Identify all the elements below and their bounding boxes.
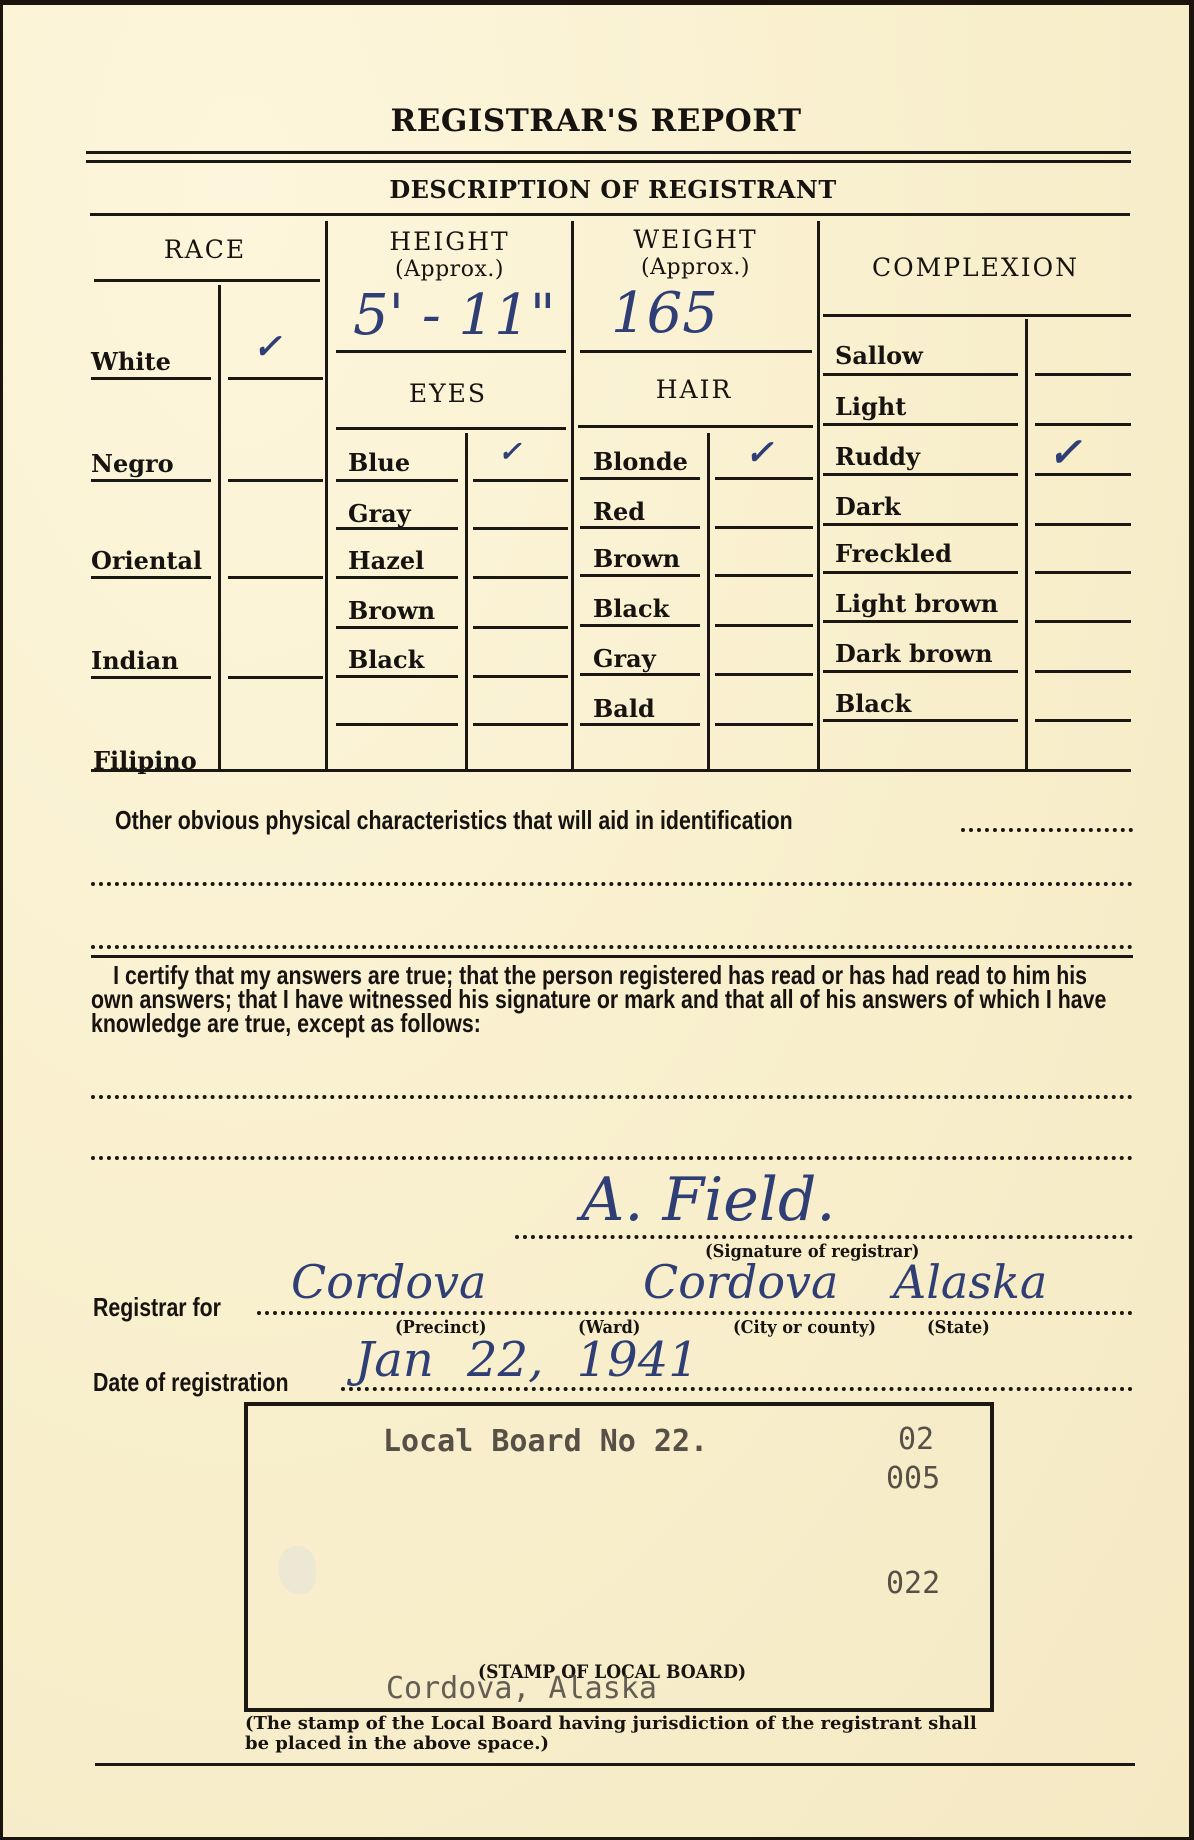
race-label-filipino: Filipino [93, 746, 197, 775]
complexion-checkbox-light [1035, 423, 1131, 426]
weight-header-label: WEIGHT [574, 227, 817, 253]
complexion-label-light: Light [835, 392, 906, 421]
stamp-local-board-number: Local Board No 22. [383, 1424, 708, 1459]
eyes-label-black: Black [348, 645, 424, 674]
eyes-header-rule [336, 427, 566, 430]
hair-rule [580, 723, 700, 726]
state-caption: (State) [927, 1317, 990, 1338]
hair-label-gray: Gray [593, 644, 656, 673]
weight-value-rule [580, 350, 812, 353]
complexion-checkbox-freckled [1035, 571, 1131, 574]
hair-check-rule [715, 477, 813, 480]
date-of-registration-value[interactable]: Jan 22, 1941 [355, 1332, 699, 1388]
complexion-rule [823, 373, 1018, 376]
complexion-rule [823, 473, 1018, 476]
weight-approx-label: (Approx.) [641, 255, 750, 280]
hair-label-blonde: Blonde [593, 447, 688, 476]
hair-rule [580, 673, 700, 676]
height-value-rule [336, 350, 566, 353]
race-rule [91, 676, 211, 679]
section-divider [90, 213, 1130, 216]
eyes-check-rule [473, 479, 568, 482]
stamp-code-3: 022 [886, 1566, 940, 1601]
hair-checkbox-blonde[interactable]: ✓ [745, 433, 774, 473]
complexion-label-dark-brown: Dark brown [835, 639, 993, 668]
height-value[interactable]: 5' - 11" [353, 283, 556, 348]
eyes-check-divider [465, 433, 468, 769]
eyes-checkbox-black [473, 675, 568, 678]
registrars-report-card: REGISTRAR'S REPORT DESCRIPTION OF REGIST… [3, 5, 1189, 1837]
complexion-checkbox-sallow [1035, 373, 1131, 376]
registrar-for-label: Registrar for [93, 1292, 221, 1323]
hair-label-black: Black [593, 594, 669, 623]
hair-rule [580, 574, 700, 577]
complexion-checkbox-dark-brown [1035, 670, 1131, 673]
race-rule [91, 479, 211, 482]
title-divider-top [86, 151, 1131, 154]
stamp-code-1: 02 [898, 1422, 934, 1457]
hair-check-divider [707, 433, 710, 769]
eyes-checkbox-hazel [473, 576, 568, 579]
hair-checkbox-brown [715, 574, 813, 577]
hair-checkbox-gray [715, 673, 813, 676]
hair-checkbox-red [715, 526, 813, 529]
eyes-rule [336, 527, 458, 530]
eyes-rule [336, 479, 458, 482]
signature-field[interactable] [515, 1235, 1133, 1239]
eyes-checkbox-gray [473, 527, 568, 530]
col-divider-height [571, 221, 574, 769]
race-label-white: White [91, 347, 171, 376]
complexion-rule [823, 523, 1018, 526]
other-characteristics-field-line1[interactable] [961, 828, 1133, 832]
complexion-label-freckled: Freckled [835, 539, 952, 568]
race-checkbox-white[interactable]: ✓ [253, 327, 282, 367]
other-characteristics-field-line2[interactable] [91, 882, 1133, 886]
complexion-rule [823, 719, 1018, 722]
complexion-rule [823, 423, 1018, 426]
section-title: DESCRIPTION OF REGISTRANT [3, 175, 1194, 204]
stamp-location: Cordova, Alaska [386, 1671, 657, 1706]
complexion-check-divider [1025, 319, 1028, 769]
col-divider-race [325, 221, 328, 769]
complexion-label-ruddy: Ruddy [835, 442, 920, 471]
complexion-checkbox-black [1035, 719, 1131, 722]
hair-rule [580, 477, 700, 480]
state-value[interactable]: Alaska [893, 1255, 1047, 1309]
certification-divider [91, 955, 1133, 958]
complexion-label-light-brown: Light brown [835, 589, 998, 618]
hair-checkbox-black [715, 624, 813, 627]
eyes-rule [336, 626, 458, 629]
race-check-divider [218, 285, 221, 769]
precinct-value[interactable]: Cordova [291, 1255, 486, 1309]
height-approx-label: (Approx.) [395, 257, 504, 282]
registrar-for-field[interactable] [257, 1311, 1133, 1315]
bottom-rule [95, 1763, 1135, 1766]
complexion-checkbox-light-brown [1035, 620, 1131, 623]
complexion-label-black: Black [835, 689, 911, 718]
height-header-label: HEIGHT [328, 229, 571, 255]
page-title: REGISTRAR'S REPORT [3, 103, 1189, 139]
race-checkbox-oriental [228, 576, 323, 579]
hair-checkbox-bald [715, 723, 813, 726]
race-rule [91, 377, 211, 380]
other-characteristics-label: Other obvious physical characteristics t… [115, 805, 793, 836]
eyes-label-gray: Gray [348, 499, 411, 528]
complexion-check-rule [1035, 473, 1131, 476]
city-or-county-value[interactable]: Cordova [643, 1255, 838, 1309]
race-check-rule [228, 377, 323, 380]
hair-header: HAIR [574, 377, 814, 403]
exceptions-field-line2[interactable] [91, 1156, 1133, 1160]
height-header: HEIGHT (Approx.) [328, 229, 571, 283]
race-label-negro: Negro [91, 449, 174, 478]
complexion-checkbox-ruddy[interactable]: ✓ [1048, 429, 1082, 476]
race-header: RACE [90, 237, 320, 263]
table-bottom-rule [91, 769, 1131, 772]
eyes-header: EYES [328, 381, 568, 407]
race-checkbox-negro [228, 479, 323, 482]
complexion-header: COMPLEXION [820, 255, 1131, 281]
complexion-label-dark: Dark [835, 492, 901, 521]
eyes-rule [336, 675, 458, 678]
race-checkbox-indian [228, 676, 323, 679]
hair-header-rule [578, 425, 813, 428]
hair-rule [580, 526, 700, 529]
weight-value[interactable]: 165 [611, 281, 718, 346]
race-header-rule [94, 279, 320, 282]
leaf-smudge-icon [278, 1546, 316, 1594]
eyes-label-hazel: Hazel [348, 546, 424, 575]
complexion-rule [823, 571, 1018, 574]
eyes-rule [336, 576, 458, 579]
complexion-label-sallow: Sallow [835, 341, 923, 370]
city-or-county-caption: (City or county) [733, 1317, 876, 1338]
local-board-stamp-box: Local Board No 22. 02 005 022 (STAMP OF … [244, 1402, 994, 1712]
eyes-rule [336, 723, 458, 726]
hair-label-brown: Brown [593, 544, 680, 573]
stamp-code-2: 005 [886, 1461, 940, 1496]
eyes-checkbox-blue[interactable]: ✓ [498, 435, 521, 468]
registrar-signature[interactable]: A. Field. [581, 1165, 835, 1235]
exceptions-field-line1[interactable] [91, 1095, 1133, 1099]
col-divider-weight [817, 221, 820, 769]
complexion-rule [823, 620, 1018, 623]
stamp-instruction-note: (The stamp of the Local Board having jur… [245, 1714, 1005, 1754]
other-characteristics-field-line3[interactable] [91, 945, 1133, 949]
hair-rule [580, 624, 700, 627]
eyes-label-blue: Blue [348, 448, 410, 477]
eyes-label-brown: Brown [348, 596, 435, 625]
certification-text: I certify that my answers are true; that… [91, 963, 1132, 1035]
race-rule [91, 576, 211, 579]
complexion-rule [823, 670, 1018, 673]
date-of-registration-label: Date of registration [93, 1367, 288, 1398]
race-label-indian: Indian [91, 646, 179, 675]
title-divider-bottom [86, 160, 1131, 163]
eyes-check-rule [473, 723, 568, 726]
hair-label-bald: Bald [593, 694, 655, 723]
eyes-checkbox-brown [473, 626, 568, 629]
race-label-oriental: Oriental [91, 546, 202, 575]
hair-label-red: Red [593, 497, 645, 526]
complexion-header-rule [823, 314, 1131, 317]
complexion-checkbox-dark [1035, 523, 1131, 526]
weight-header: WEIGHT (Approx.) [574, 227, 817, 281]
